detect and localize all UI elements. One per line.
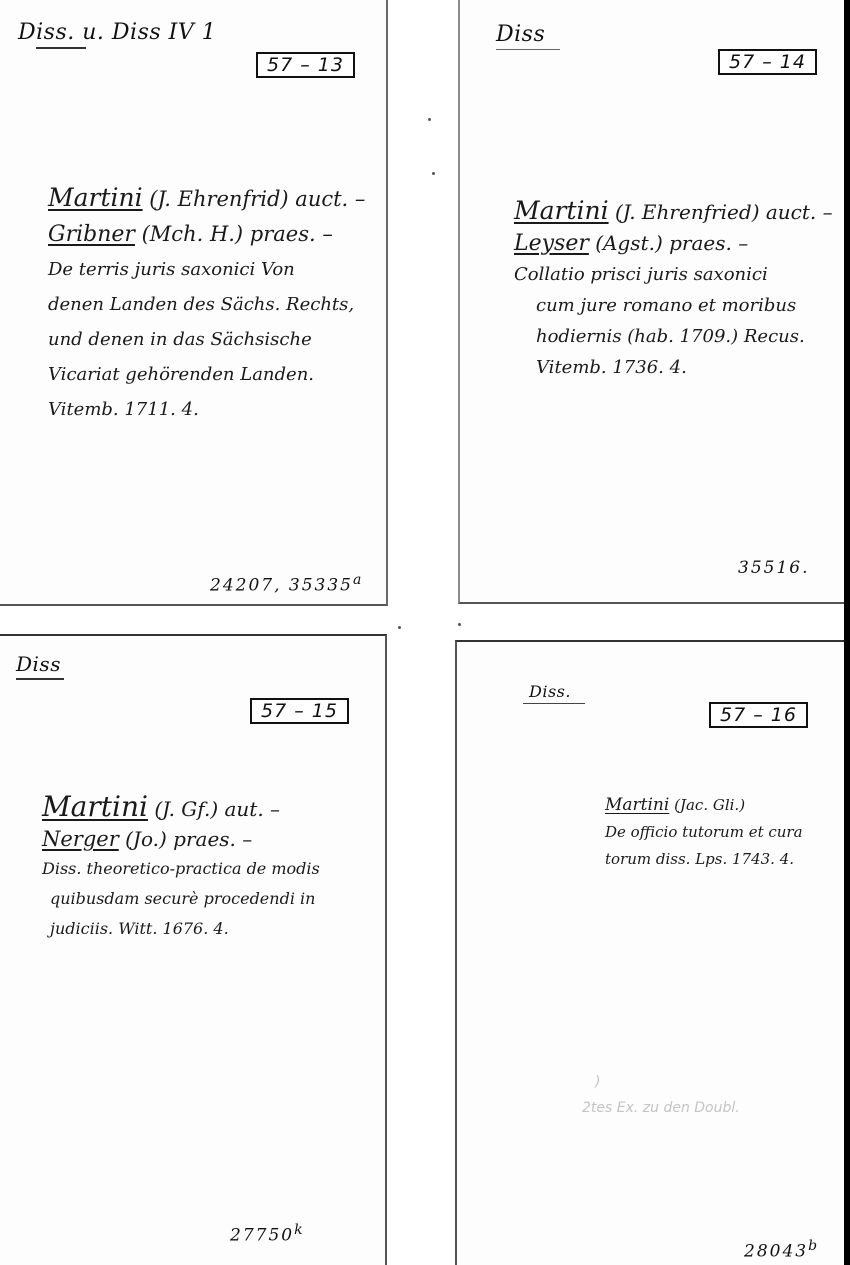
faint-pencil-note: 2tes Ex. zu den Doubl. <box>582 1100 740 1116</box>
shelf-numbers-text: 35516. <box>738 558 809 578</box>
author-name: Martini <box>605 795 669 815</box>
scan-edge <box>844 0 850 1265</box>
scan-speck <box>432 172 435 175</box>
praeses-name: Gribner <box>48 222 135 247</box>
header-note-text: Diss <box>496 22 545 47</box>
catalog-card-57-14: Diss 57 – 14 Martini (J. Ehrenfried) auc… <box>458 0 850 604</box>
imprint-line: judiciis. Witt. 1676. 4. <box>42 914 320 944</box>
scan-speck <box>458 623 461 626</box>
author-name: Martini <box>42 790 148 823</box>
header-underline <box>16 678 64 680</box>
shelf-suffix: b <box>808 1238 817 1254</box>
header-note: Diss <box>16 652 64 680</box>
call-number-box: 57 – 15 <box>250 698 349 724</box>
shelf-numbers: 28043b <box>744 1238 817 1262</box>
shelf-numbers-text: 28043 <box>744 1242 808 1262</box>
call-number-box: 57 – 14 <box>718 49 817 75</box>
author-line: Martini (Jac. Gli.) <box>605 792 803 819</box>
catalog-card-57-16: Diss. 57 – 16 Martini (Jac. Gli.) De off… <box>455 640 844 1265</box>
title-line: Diss. theoretico-practica de modis <box>42 854 320 884</box>
shelf-suffix: k <box>294 1222 302 1238</box>
title-line: quibusdam securè procedendi in <box>42 884 320 914</box>
header-note: Diss. u. Diss IV 1 <box>18 20 216 49</box>
imprint-line: Vitemb. 1711. 4. <box>48 392 365 427</box>
catalog-entry: Martini (Jac. Gli.) De officio tutorum e… <box>605 792 803 873</box>
imprint-line: Vitemb. 1736. 4. <box>514 352 833 383</box>
praeses-details: (Jo.) praes. – <box>125 827 252 851</box>
title-line: Vicariat gehörenden Landen. <box>48 357 365 392</box>
catalog-entry: Martini (J. Ehrenfried) auct. – Leyser (… <box>514 195 833 383</box>
title-line: torum diss. Lps. 1743. 4. <box>605 846 803 873</box>
shelf-numbers: 27750k <box>230 1222 303 1246</box>
shelf-numbers-text: 27750 <box>230 1226 294 1246</box>
praeses-details: (Agst.) praes. – <box>595 231 748 255</box>
author-line: Martini (J. Gf.) aut. – <box>42 792 320 824</box>
header-underline <box>523 703 585 704</box>
title-line: Collatio prisci juris saxonici <box>514 259 833 290</box>
header-note-text: Diss <box>16 652 61 676</box>
header-underline <box>36 47 86 49</box>
shelf-numbers: 35516. <box>738 558 809 578</box>
title-line: cum jure romano et moribus <box>514 290 833 321</box>
catalog-card-57-13: Diss. u. Diss IV 1 57 – 13 Martini (J. E… <box>0 0 388 606</box>
praeses-line: Leyser (Agst.) praes. – <box>514 228 833 259</box>
praeses-name: Leyser <box>514 231 589 256</box>
scan-speck <box>398 626 401 629</box>
author-line: Martini (J. Ehrenfrid) auct. – <box>48 180 365 217</box>
title-line: De officio tutorum et cura <box>605 819 803 846</box>
title-line: und denen in das Sächsische <box>48 322 365 357</box>
shelf-suffix: a <box>353 572 361 588</box>
header-note: Diss <box>496 22 560 50</box>
catalog-card-57-15: Diss 57 – 15 Martini (J. Gf.) aut. – Ner… <box>0 634 387 1265</box>
author-details: (J. Gf.) aut. – <box>154 797 280 821</box>
title-line: hodiernis (hab. 1709.) Recus. <box>514 321 833 352</box>
scan-speck <box>428 118 431 121</box>
author-name: Martini <box>48 183 143 212</box>
praeses-details: (Mch. H.) praes. – <box>142 222 333 246</box>
praeses-line: Nerger (Jo.) praes. – <box>42 824 320 854</box>
catalog-entry: Martini (J. Ehrenfrid) auct. – Gribner (… <box>48 180 365 427</box>
title-line: denen Landen des Sächs. Rechts, <box>48 287 365 322</box>
header-note-text: Diss. u. Diss IV 1 <box>18 20 216 45</box>
call-number-box: 57 – 13 <box>256 52 355 78</box>
author-details: (Jac. Gli.) <box>674 796 745 814</box>
author-details: (J. Ehrenfried) auct. – <box>615 200 833 224</box>
header-underline <box>496 49 560 50</box>
call-number-box: 57 – 16 <box>709 702 808 728</box>
praeses-name: Nerger <box>42 827 119 851</box>
header-note: Diss. <box>529 682 585 704</box>
praeses-line: Gribner (Mch. H.) praes. – <box>48 217 365 252</box>
faint-mark: ) <box>595 1074 600 1090</box>
catalog-entry: Martini (J. Gf.) aut. – Nerger (Jo.) pra… <box>42 792 320 944</box>
shelf-numbers: 24207, 35335a <box>210 572 361 596</box>
shelf-numbers-text: 24207, 35335 <box>210 576 353 596</box>
author-line: Martini (J. Ehrenfried) auct. – <box>514 195 833 228</box>
title-line: De terris juris saxonici Von <box>48 252 365 287</box>
header-note-text: Diss. <box>529 682 571 701</box>
author-name: Martini <box>514 196 609 225</box>
author-details: (J. Ehrenfrid) auct. – <box>149 187 365 211</box>
